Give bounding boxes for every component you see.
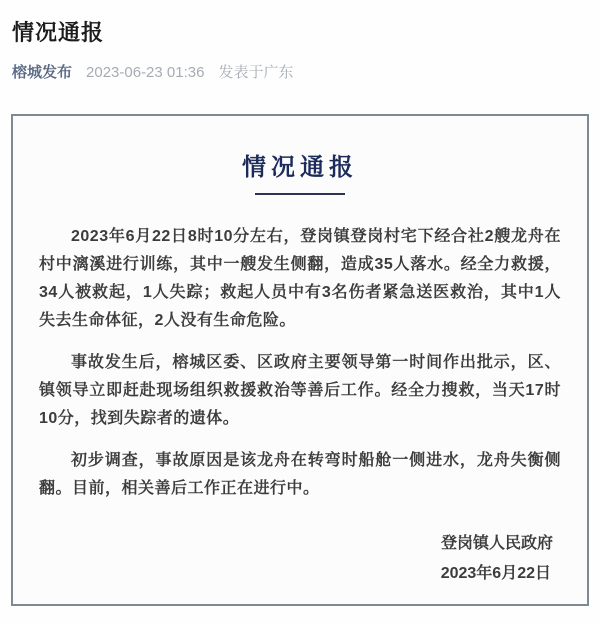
- article-header: 情况通报 榕城发布 2023-06-23 01:36 发表于广东: [0, 0, 600, 82]
- notice-body: 2023年6月22日8时10分左右，登岗镇登岗村宅下经合社2艘龙舟在村中漓溪进行…: [39, 223, 561, 503]
- notice-paragraph-3: 初步调查，事故原因是该龙舟在转弯时船舱一侧进水，龙舟失衡侧翻。目前，相关善后工作…: [39, 447, 561, 503]
- article-page: 情况通报 榕城发布 2023-06-23 01:36 发表于广东 情况通报 20…: [0, 0, 600, 623]
- notice-box: 情况通报 2023年6月22日8时10分左右，登岗镇登岗村宅下经合社2艘龙舟在村…: [11, 114, 589, 606]
- notice-signature: 登岗镇人民政府 2023年6月22日: [39, 529, 561, 589]
- page-title: 情况通报: [12, 16, 588, 47]
- notice-title: 情况通报: [39, 152, 561, 183]
- account-name-link[interactable]: 榕城发布: [12, 61, 72, 82]
- byline: 榕城发布 2023-06-23 01:36 发表于广东: [12, 61, 588, 82]
- notice-title-underline: [255, 193, 345, 195]
- notice-paragraph-2: 事故发生后，榕城区委、区政府主要领导第一时间作出批示，区、镇领导立即赶赴现场组织…: [39, 349, 561, 433]
- signature-date: 2023年6月22日: [39, 559, 553, 589]
- publish-location: 发表于广东: [218, 61, 293, 82]
- notice-paragraph-1: 2023年6月22日8时10分左右，登岗镇登岗村宅下经合社2艘龙舟在村中漓溪进行…: [39, 223, 561, 335]
- publish-timestamp: 2023-06-23 01:36: [86, 64, 204, 81]
- signature-organization: 登岗镇人民政府: [39, 529, 553, 559]
